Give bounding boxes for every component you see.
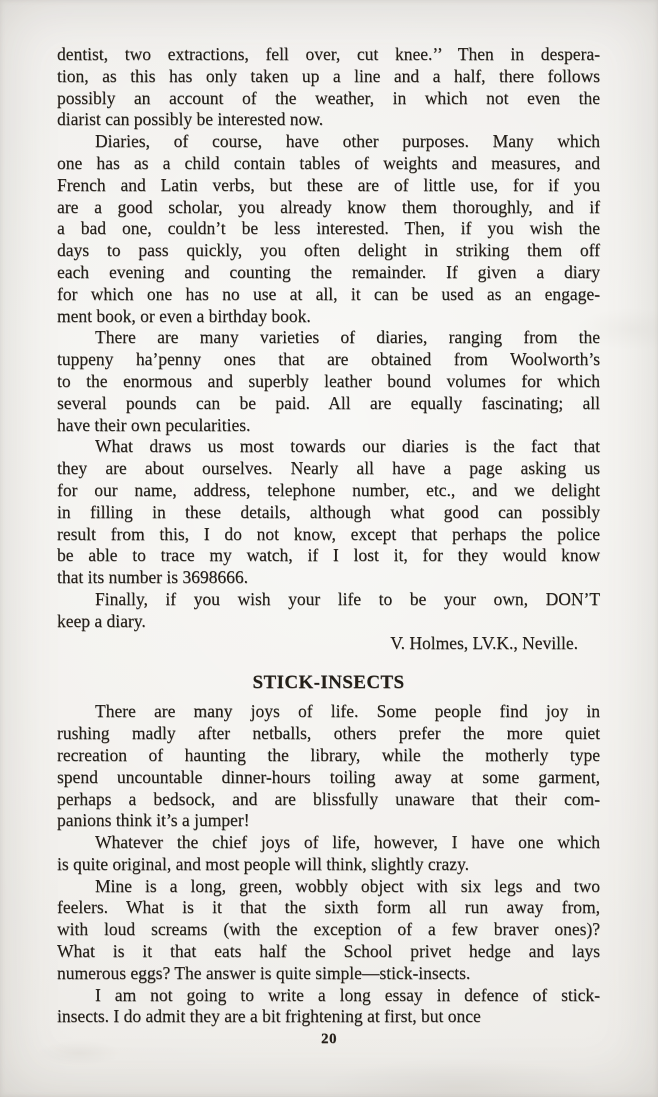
- text-line: French and Latin verbs, but these are of…: [57, 175, 600, 197]
- text-line: Mine is a long, green, wobbly object wit…: [57, 876, 600, 898]
- page-content: dentist, two extractions, fell over, cut…: [57, 44, 600, 1028]
- paragraph: dentist, two extractions, fell over, cut…: [57, 44, 600, 131]
- text-line: perhaps a bedsock, and are blissfully un…: [57, 789, 600, 811]
- text-line: Finally, if you wish your life to be you…: [57, 589, 600, 611]
- text-line: be able to trace my watch, if I lost it,…: [57, 545, 600, 567]
- text-line: There are many varieties of diaries, ran…: [57, 327, 600, 349]
- text-line: a bad one, couldn’t be less interested. …: [57, 218, 600, 240]
- text-line: Whatever the chief joys of life, however…: [57, 832, 600, 854]
- text-line: that its number is 3698666.: [57, 567, 600, 589]
- text-line: dentist, two extractions, fell over, cut…: [57, 44, 600, 66]
- text-line: diarist can possibly be interested now.: [57, 109, 600, 131]
- text-line: recreation of haunting the library, whil…: [57, 745, 600, 767]
- text-line: result from this, I do not know, except …: [57, 524, 600, 546]
- paragraph: Diaries, of course, have other purposes.…: [57, 131, 600, 327]
- paragraph: What draws us most towards our diaries i…: [57, 436, 600, 589]
- paragraph: There are many varieties of diaries, ran…: [57, 327, 600, 436]
- scanned-magazine-page: dentist, two extractions, fell over, cut…: [0, 0, 658, 1097]
- text-line: is quite original, and most people will …: [57, 854, 600, 876]
- text-line: There are many joys of life. Some people…: [57, 701, 600, 723]
- text-line: I am not going to write a long essay in …: [57, 985, 600, 1007]
- text-line: in filling in these details, although wh…: [57, 502, 600, 524]
- text-line: feelers. What is it that the sixth form …: [57, 897, 600, 919]
- paragraph: Mine is a long, green, wobbly object wit…: [57, 876, 600, 985]
- text-line: ment book, or even a birthday book.: [57, 306, 600, 328]
- text-line: Diaries, of course, have other purposes.…: [57, 131, 600, 153]
- text-line: days to pass quickly, you often delight …: [57, 240, 600, 262]
- text-line: have their own pecularities.: [57, 415, 600, 437]
- text-line: to the enormous and superbly leather bou…: [57, 371, 600, 393]
- text-line: rushing madly after netballs, others pre…: [57, 723, 600, 745]
- paragraph: There are many joys of life. Some people…: [57, 701, 600, 832]
- text-line: tuppeny ha’penny ones that are obtained …: [57, 349, 600, 371]
- text-line: keep a diary.: [57, 611, 600, 633]
- text-line: are a good scholar, you already know the…: [57, 197, 600, 219]
- text-line: numerous eggs? The answer is quite simpl…: [57, 963, 600, 985]
- page-number: 20: [0, 1031, 658, 1048]
- text-line: spend uncountable dinner-hours toiling a…: [57, 767, 600, 789]
- text-line: insects. I do admit they are a bit frigh…: [57, 1006, 600, 1028]
- paragraph: Finally, if you wish your life to be you…: [57, 589, 600, 633]
- text-line: for which one has no use at all, it can …: [57, 284, 600, 306]
- text-line: with loud screams (with the exception of…: [57, 919, 600, 941]
- article-heading: STICK-INSECTS: [57, 671, 600, 695]
- text-line: What draws us most towards our diaries i…: [57, 436, 600, 458]
- article: STICK-INSECTSThere are many joys of life…: [57, 671, 600, 1028]
- author-signature: V. Holmes, LV.K., Neville.: [57, 633, 600, 655]
- text-line: possibly an account of the weather, in w…: [57, 88, 600, 110]
- text-line: panions think it’s a jumper!: [57, 810, 600, 832]
- text-line: What is it that eats half the School pri…: [57, 941, 600, 963]
- text-line: each evening and counting the remainder.…: [57, 262, 600, 284]
- article: dentist, two extractions, fell over, cut…: [57, 44, 600, 654]
- text-line: several pounds can be paid. All are equa…: [57, 393, 600, 415]
- paragraph: I am not going to write a long essay in …: [57, 985, 600, 1029]
- text-line: for our name, address, telephone number,…: [57, 480, 600, 502]
- text-line: one has as a child contain tables of wei…: [57, 153, 600, 175]
- text-line: they are about ourselves. Nearly all hav…: [57, 458, 600, 480]
- text-line: tion, as this has only taken up a line a…: [57, 66, 600, 88]
- paragraph: Whatever the chief joys of life, however…: [57, 832, 600, 876]
